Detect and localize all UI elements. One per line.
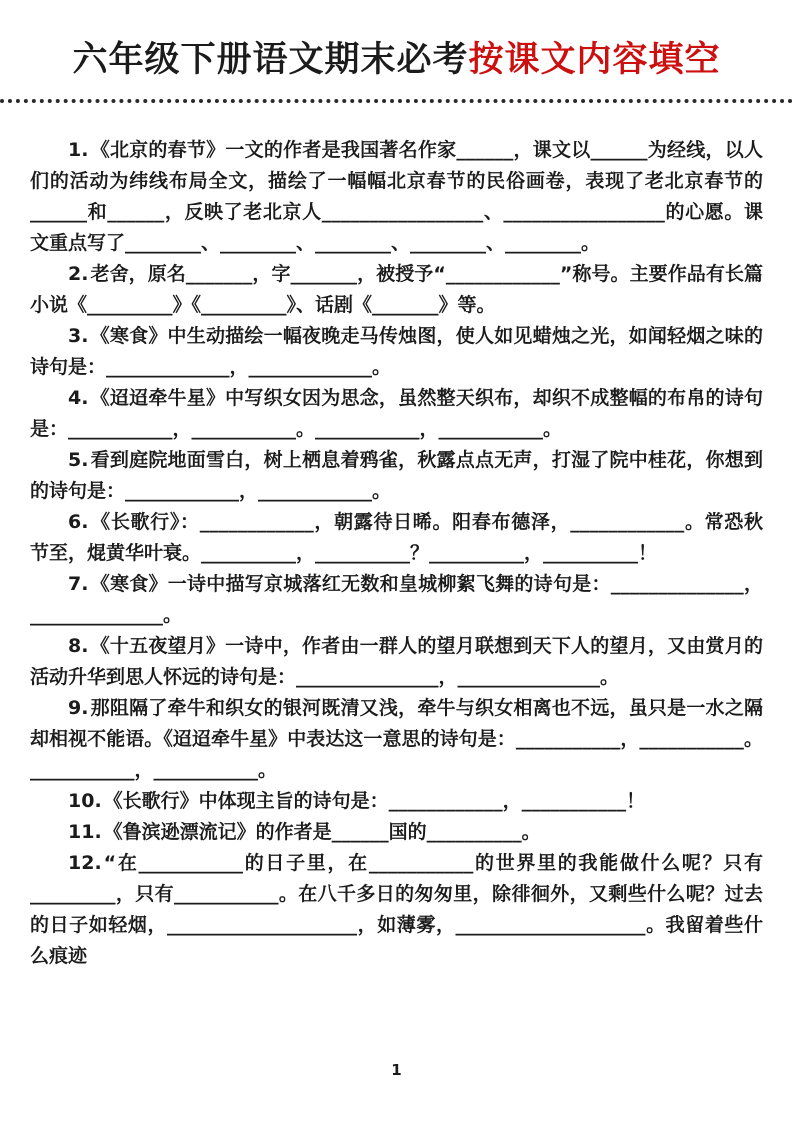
question-number: 8. (68, 635, 88, 657)
question-number: 10. (68, 790, 102, 812)
page-number: 1 (391, 1061, 401, 1079)
question-text: 那阻隔了牵牛和织女的银河既清又浅，牵牛与织女相离也不远，虽只是一水之隔却相视不能… (30, 697, 763, 781)
question-text: 《长歌行》中体现主旨的诗句是：____________，___________！ (104, 790, 646, 812)
question-item: 9.那阻隔了牵牛和织女的银河既清又浅，牵牛与织女相离也不远，虽只是一水之隔却相视… (30, 693, 763, 786)
question-text: 《鲁滨逊漂流记》的作者是______国的__________。 (104, 821, 541, 843)
question-item: 2.老舍，原名_______，字_______，被授予“____________… (30, 259, 763, 321)
question-number: 3. (68, 325, 88, 347)
question-number: 12. (68, 852, 102, 874)
question-item: 4.《迢迢牵牛星》中写织女因为思念，虽然整天织布，却织不成整幅的布帛的诗句是：_… (30, 383, 763, 445)
question-item: 10.《长歌行》中体现主旨的诗句是：____________，_________… (30, 786, 763, 817)
question-number: 4. (68, 387, 88, 409)
question-text: 《十五夜望月》一诗中，作者由一群人的望月联想到天下人的望月，又由赏月的活动升华到… (30, 635, 763, 688)
question-text: 看到庭院地面雪白，树上栖息着鸦雀，秋露点点无声，打湿了院中桂花，你想到的诗句是：… (30, 449, 763, 502)
question-text: 《寒食》一诗中描写京城落红无数和皇城柳絮飞舞的诗句是：_____________… (30, 573, 763, 626)
page-header: 六年级下册语文期末必考按课文内容填空 (0, 0, 793, 82)
question-number: 9. (68, 697, 88, 719)
question-text: 《长歌行》：____________，朝露待日晞。阳春布德泽，_________… (30, 511, 763, 564)
question-number: 5. (68, 449, 88, 471)
question-text: 《迢迢牵牛星》中写织女因为思念，虽然整天织布，却织不成整幅的布帛的诗句是：___… (30, 387, 763, 440)
dotted-divider (0, 99, 793, 103)
question-number: 7. (68, 573, 88, 595)
question-item: 1.《北京的春节》一文的作者是我国著名作家______，课文以______为经线… (30, 135, 763, 259)
question-number: 6. (68, 511, 88, 533)
worksheet-page: 六年级下册语文期末必考按课文内容填空 1.《北京的春节》一文的作者是我国著名作家… (0, 0, 793, 1121)
question-item: 11.《鲁滨逊漂流记》的作者是______国的__________。 (30, 817, 763, 848)
page-footer: 1 (0, 1060, 793, 1079)
question-item: 5.看到庭院地面雪白，树上栖息着鸦雀，秋露点点无声，打湿了院中桂花，你想到的诗句… (30, 445, 763, 507)
title-text-red: 按课文内容填空 (469, 40, 721, 80)
question-item: 6.《长歌行》：____________，朝露待日晞。阳春布德泽，_______… (30, 507, 763, 569)
question-text: 《北京的春节》一文的作者是我国著名作家______，课文以______为经线，以… (30, 139, 763, 254)
question-text: “在___________的日子里，在___________的世界里的我能做什么… (30, 852, 763, 967)
question-item: 3.《寒食》中生动描绘一幅夜晚走马传烛图，使人如见蜡烛之光，如闻轻烟之味的诗句是… (30, 321, 763, 383)
question-item: 7.《寒食》一诗中描写京城落红无数和皇城柳絮飞舞的诗句是：___________… (30, 569, 763, 631)
question-text: 老舍，原名_______，字_______，被授予“____________”称… (30, 263, 763, 316)
questions-list: 1.《北京的春节》一文的作者是我国著名作家______，课文以______为经线… (0, 135, 793, 972)
question-number: 2. (68, 263, 88, 285)
question-text: 《寒食》中生动描绘一幅夜晚走马传烛图，使人如见蜡烛之光，如闻轻烟之味的诗句是：_… (30, 325, 763, 378)
question-number: 11. (68, 821, 102, 843)
title-text-black: 六年级下册语文期末必考 (72, 40, 468, 80)
question-number: 1. (68, 139, 88, 161)
question-item: 12.“在___________的日子里，在___________的世界里的我能… (30, 848, 763, 972)
page-title: 六年级下册语文期末必考按课文内容填空 (0, 32, 793, 82)
question-item: 8.《十五夜望月》一诗中，作者由一群人的望月联想到天下人的望月，又由赏月的活动升… (30, 631, 763, 693)
